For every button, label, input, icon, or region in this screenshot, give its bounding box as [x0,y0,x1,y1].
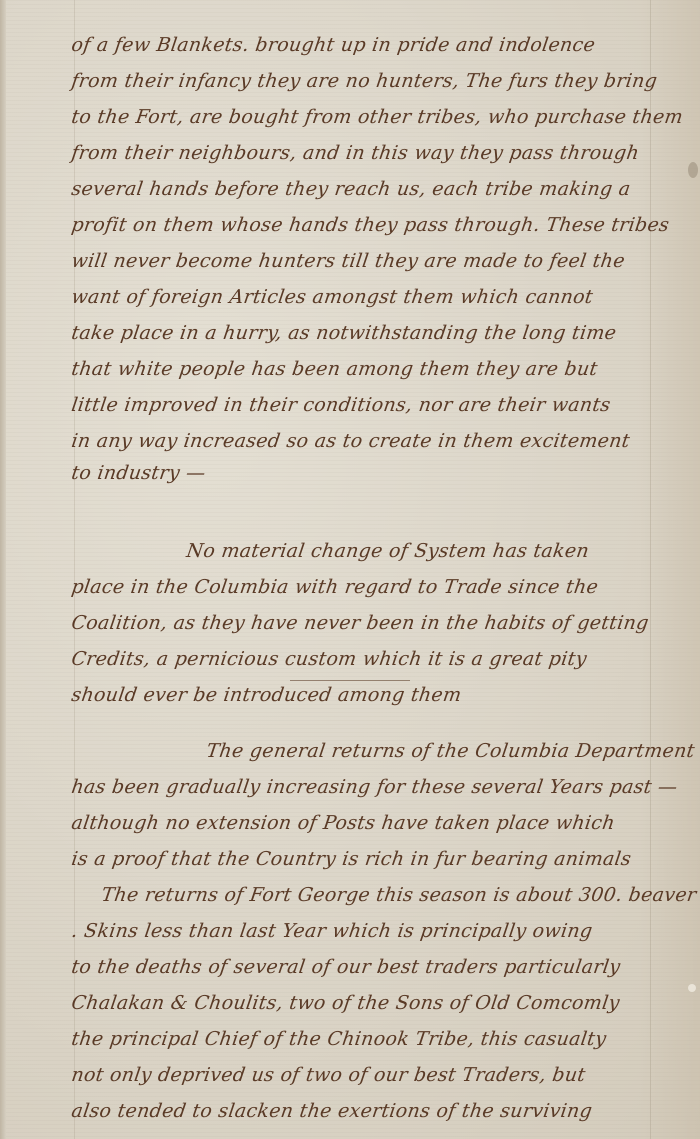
ink-stain [688,984,696,992]
text-line: in any way increased so as to create in … [70,430,631,452]
text-line: several hands before they reach us, each… [70,178,632,200]
text-line: Credits, a pernicious custom which it is… [70,648,588,670]
text-line: little improved in their conditions, nor… [70,394,612,416]
text-line: also tended to slacken the exertions of … [70,1100,594,1122]
text-line: profit on them whose hands they pass thr… [70,214,671,236]
text-line: to the Fort, are bought from other tribe… [70,106,684,128]
text-line: Chalakan & Choulits, two of the Sons of … [70,992,621,1014]
text-line: want of foreign Articles amongst them wh… [70,286,594,308]
text-line: to the deaths of several of our best tra… [70,956,622,978]
text-line: . Skins less than last Year which is pri… [70,920,594,942]
text-line: the principal Chief of the Chinook Tribe… [70,1028,608,1050]
text-line: The general returns of the Columbia Depa… [205,740,696,762]
text-line: from their infancy they are no hunters, … [70,70,659,92]
text-line: place in the Columbia with regard to Tra… [70,576,600,598]
text-line: of a few Blankets. brought up in pride a… [70,34,597,56]
text-line: Coalition, as they have never been in th… [70,612,650,634]
flourish-underline [290,680,410,681]
text-line: from their neighbours, and in this way t… [70,142,641,164]
ink-stain [688,162,698,178]
text-line: take place in a hurry, as notwithstandin… [70,322,618,344]
manuscript-page: of a few Blankets. brought up in pride a… [0,0,700,1139]
text-line: The returns of Fort George this season i… [100,884,698,906]
text-line: although no extension of Posts have take… [70,812,616,834]
text-line: should ever be introduced among them [70,684,463,706]
page-left-edge [0,0,6,1139]
text-line: that white people has been among them th… [70,358,599,380]
text-line: No material change of System has taken [185,540,591,562]
text-line: will never become hunters till they are … [70,250,626,272]
text-line: has been gradually increasing for these … [70,776,679,798]
text-line: is a proof that the Country is rich in f… [70,848,633,870]
text-line: to industry — [70,462,207,484]
text-line: not only deprived us of two of our best … [70,1064,587,1086]
